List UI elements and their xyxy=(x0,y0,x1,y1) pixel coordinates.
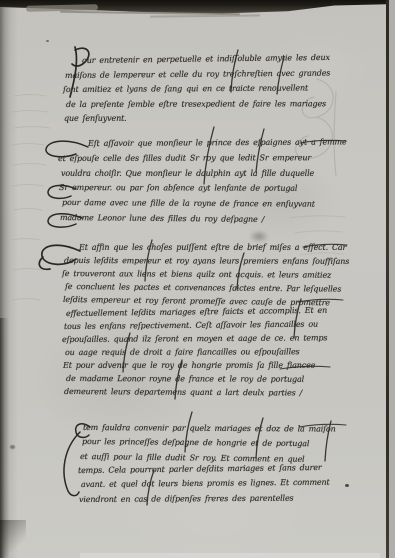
gutter-corner-shadow xyxy=(0,520,26,558)
manuscript-line: depuis leſdits empereur et roy ayans leu… xyxy=(64,256,349,266)
next-page-edge-strip xyxy=(389,0,395,558)
manuscript-line: Sr empereur. ou par ſon abſence ayt lenf… xyxy=(59,183,297,193)
manuscript-line: que ſenſuyvent. xyxy=(64,114,127,123)
bottom-edge-highlight xyxy=(80,553,380,558)
manuscript-line: eſpouſailles. quand ilz ſeront en moyen … xyxy=(62,333,327,344)
manuscript-line: Et affin que les choſes puiſſent eſtre d… xyxy=(79,243,346,252)
manuscript-line: viendront en cas de diſpenſes freres des… xyxy=(79,493,294,503)
manuscript-line: maiſons de lempereur et celle du roy tre… xyxy=(65,68,330,79)
manuscript-line: de madame Leonor royne de france et le r… xyxy=(66,374,304,384)
manuscript-line: Et pour advenir que le roy de hongrie pr… xyxy=(63,361,315,370)
manuscript-line: vouldra choiſir. Que monſieur le daulphi… xyxy=(61,169,314,178)
manuscript-line: de la preſente ſemble eſtre tresexpedien… xyxy=(66,99,326,109)
manuscript-line: madame Leonor lune des filles du roy deſ… xyxy=(60,213,264,224)
manuscript-line: ſont amitiez et lyans de ſang qui en ce … xyxy=(63,84,308,95)
ink-dot xyxy=(345,484,349,487)
manuscript-line: tous les enfans reſpectivement. Ceſt aſſ… xyxy=(64,319,318,330)
manuscript-line: ou aage requis de droit a faire fiancail… xyxy=(65,347,300,357)
manuscript-line: pour dame avec une fille de la royne de … xyxy=(62,198,315,209)
manuscript-line: demeurent leurs departemens quant a lart… xyxy=(64,387,302,397)
manuscript-scan: our entretenir en perpetuelle et indiſſo… xyxy=(0,0,395,558)
manuscript-line: tem fauldra convenir par quelz mariages … xyxy=(83,423,336,434)
ink-smudge xyxy=(249,230,269,243)
manuscript-line: Eſt aſſavoir que monſieur le prince des … xyxy=(88,137,347,148)
ink-dot xyxy=(10,445,15,449)
ink-speck xyxy=(46,40,49,42)
manuscript-line: et eſpouſe celle des filles dudit Sr roy… xyxy=(58,153,311,163)
